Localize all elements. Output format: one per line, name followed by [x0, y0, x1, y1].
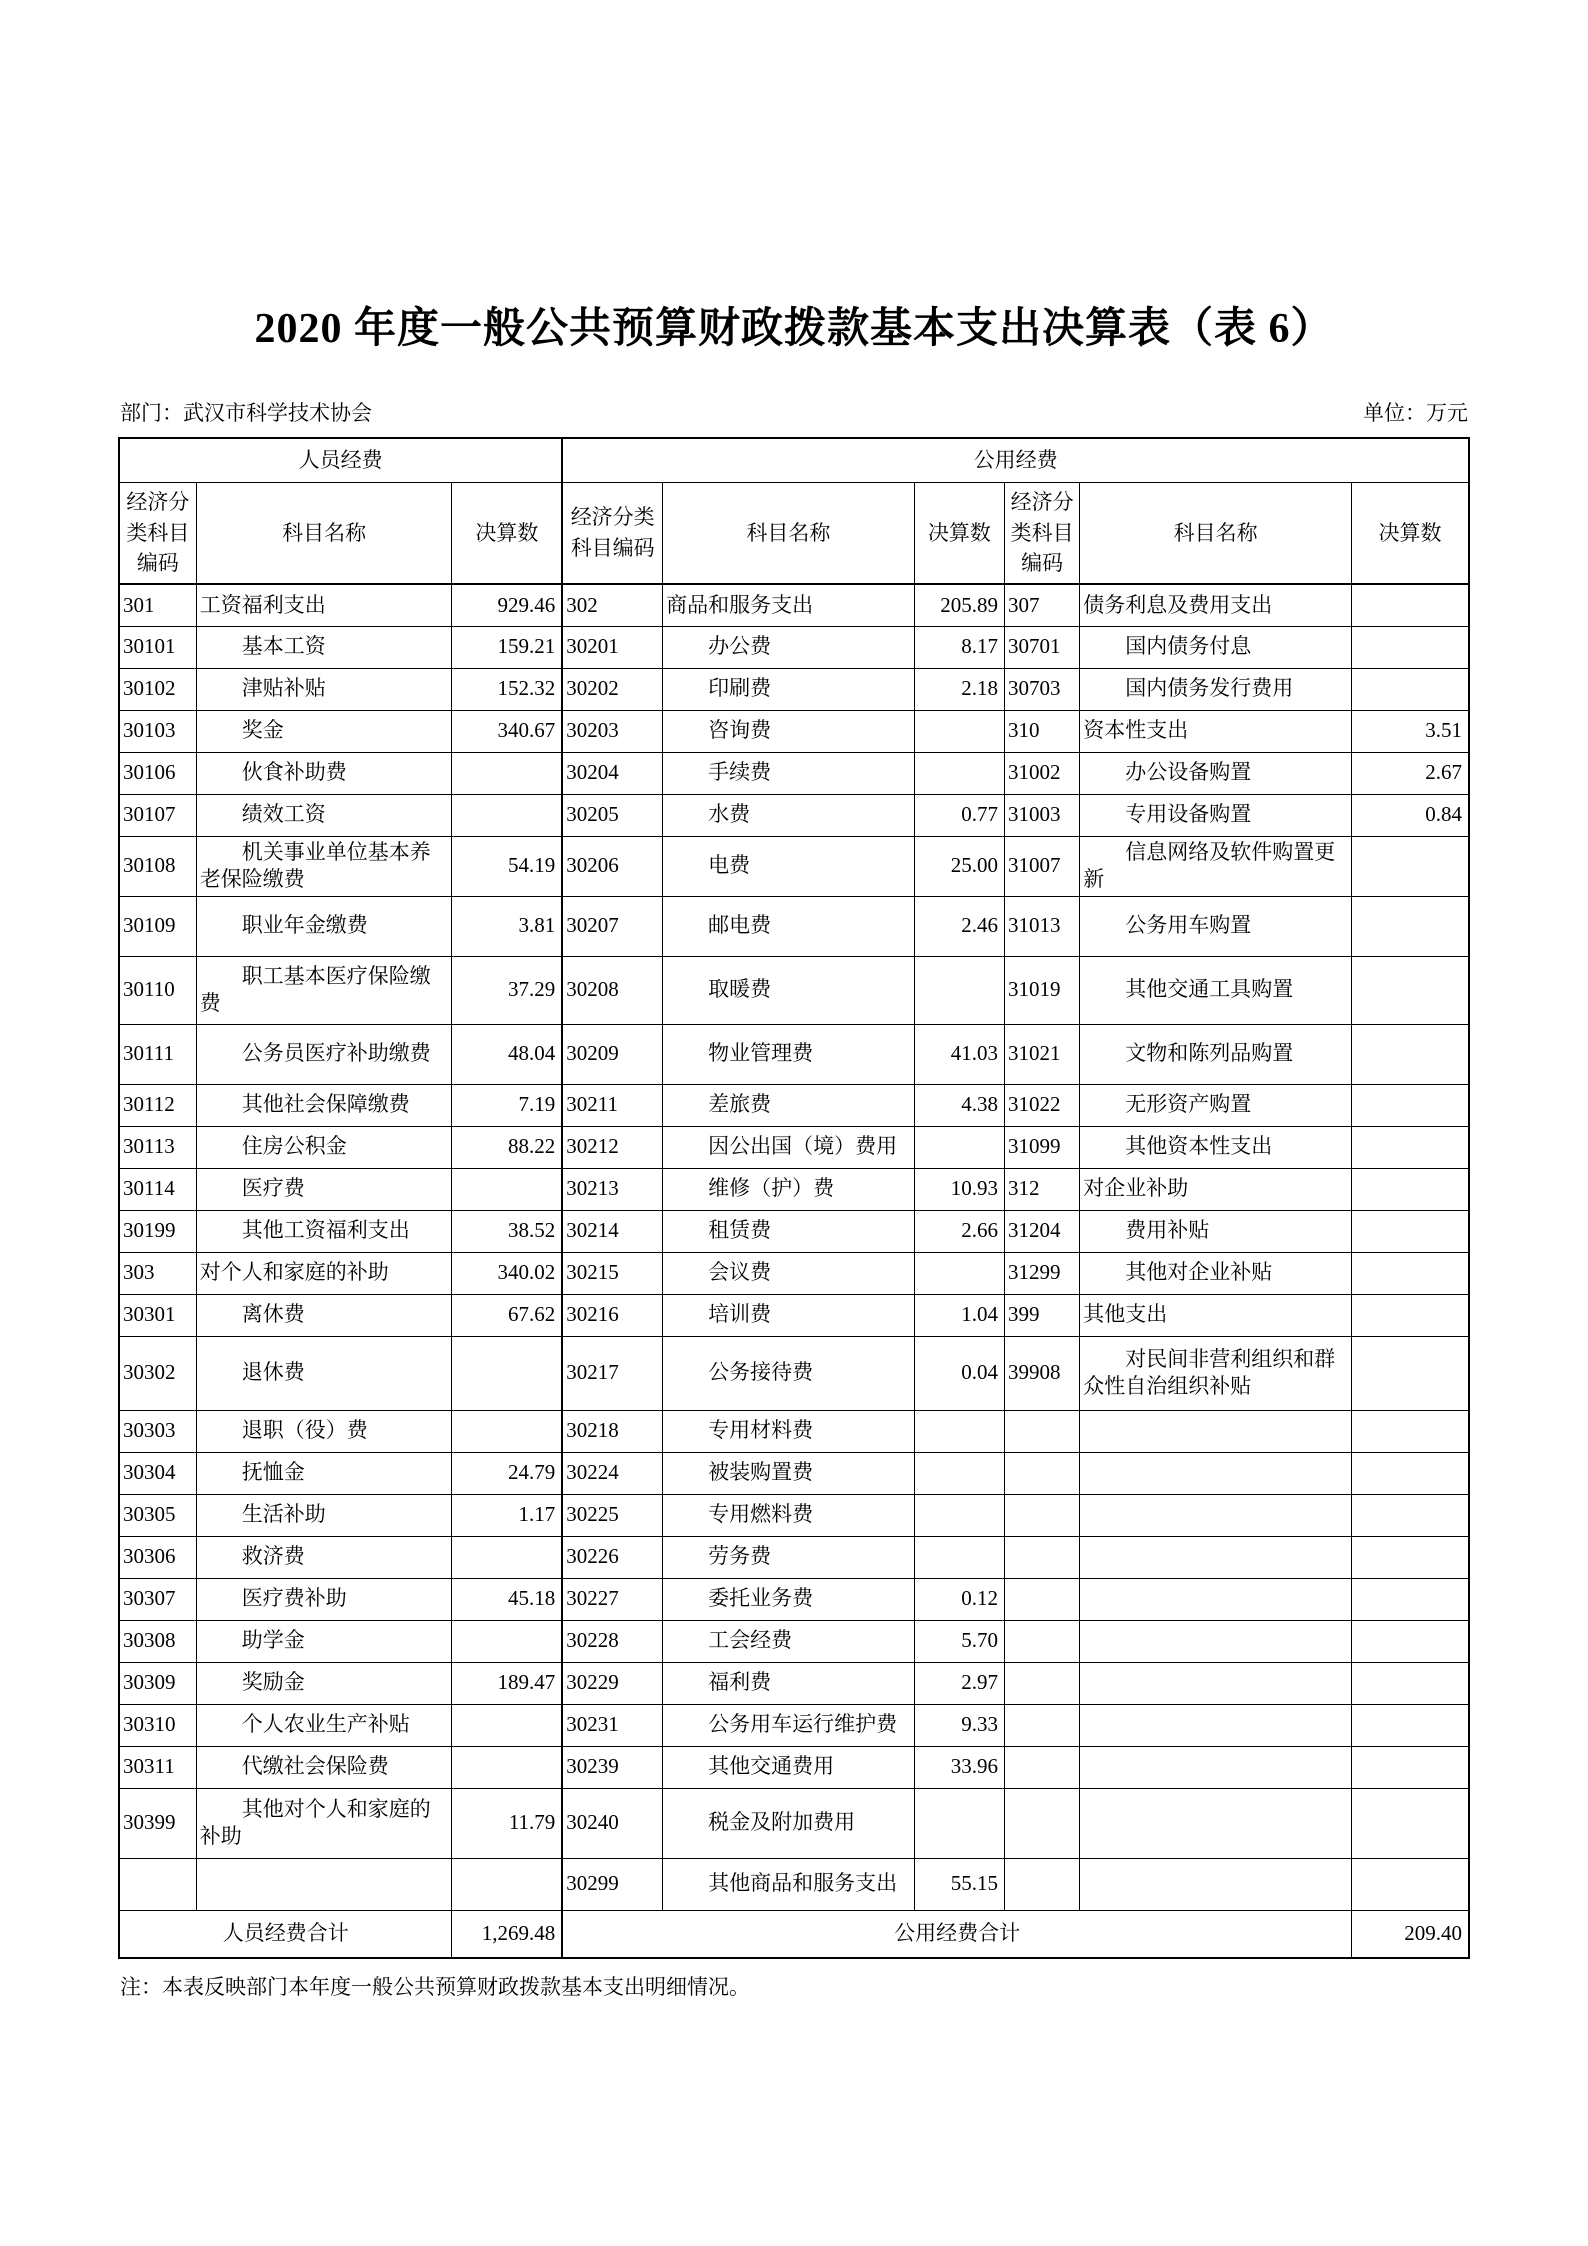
page: 2020 年度一般公共预算财政拨款基本支出决算表（表 6） 部门：武汉市科学技术…: [0, 0, 1588, 2246]
table-row: 30305生活补助1.1730225专用燃料费: [119, 1494, 1469, 1536]
value-cell: 1.17: [452, 1494, 562, 1536]
value-cell: [452, 1168, 562, 1210]
value-cell: [1352, 626, 1469, 668]
column-header: 经济分类科目编码: [119, 482, 196, 584]
subject-name-cell: 抚恤金: [196, 1452, 452, 1494]
value-cell: 10.93: [914, 1168, 1004, 1210]
subject-name-cell: 助学金: [196, 1620, 452, 1662]
table-row: 30301离休费67.6230216培训费1.04399其他支出: [119, 1294, 1469, 1336]
value-cell: 3.51: [1352, 710, 1469, 752]
unit-label: 单位：万元: [1363, 397, 1468, 427]
value-cell: 41.03: [914, 1024, 1004, 1084]
value-cell: [914, 1410, 1004, 1452]
column-header: 决算数: [452, 482, 562, 584]
code-cell: 30225: [562, 1494, 662, 1536]
table-row: 30302退休费30217公务接待费0.0439908对民间非营利组织和群众性自…: [119, 1336, 1469, 1410]
code-cell: 30113: [119, 1126, 196, 1168]
code-cell: 30305: [119, 1494, 196, 1536]
value-cell: 48.04: [452, 1024, 562, 1084]
subject-name-cell: [1080, 1858, 1352, 1910]
subject-name-cell: 邮电费: [663, 896, 915, 956]
subject-name-cell: 租赁费: [663, 1210, 915, 1252]
value-cell: [914, 1126, 1004, 1168]
subject-name-cell: 奖励金: [196, 1662, 452, 1704]
department-label: 部门：武汉市科学技术协会: [120, 397, 372, 427]
value-cell: 2.66: [914, 1210, 1004, 1252]
code-cell: 30106: [119, 752, 196, 794]
value-cell: 54.19: [452, 836, 562, 896]
value-cell: [914, 1788, 1004, 1858]
value-cell: 205.89: [914, 584, 1004, 626]
value-cell: [1352, 1336, 1469, 1410]
code-cell: 30216: [562, 1294, 662, 1336]
column-header: 决算数: [914, 482, 1004, 584]
value-cell: [452, 1858, 562, 1910]
subject-name-cell: 对民间非营利组织和群众性自治组织补贴: [1080, 1336, 1352, 1410]
value-cell: [1352, 584, 1469, 626]
table-row: 30303退职（役）费30218专用材料费: [119, 1410, 1469, 1452]
subject-name-cell: 维修（护）费: [663, 1168, 915, 1210]
value-cell: [1352, 1536, 1469, 1578]
subject-name-cell: 基本工资: [196, 626, 452, 668]
value-cell: 5.70: [914, 1620, 1004, 1662]
code-cell: 30205: [562, 794, 662, 836]
table-row: 30310个人农业生产补贴30231公务用车运行维护费9.33: [119, 1704, 1469, 1746]
table-row: 30110职工基本医疗保险缴费37.2930208取暖费31019其他交通工具购…: [119, 956, 1469, 1024]
subject-name-cell: 无形资产购置: [1080, 1084, 1352, 1126]
subject-name-cell: 工资福利支出: [196, 584, 452, 626]
subject-name-cell: [196, 1858, 452, 1910]
subject-name-cell: 资本性支出: [1080, 710, 1352, 752]
value-cell: [1352, 1578, 1469, 1620]
subject-name-cell: 物业管理费: [663, 1024, 915, 1084]
code-cell: 31003: [1005, 794, 1080, 836]
code-cell: [1005, 1704, 1080, 1746]
subject-name-cell: 信息网络及软件购置更新: [1080, 836, 1352, 896]
code-cell: [1005, 1494, 1080, 1536]
table-row: 30307医疗费补助45.1830227委托业务费0.12: [119, 1578, 1469, 1620]
value-cell: 37.29: [452, 956, 562, 1024]
value-cell: [1352, 1024, 1469, 1084]
code-cell: 30208: [562, 956, 662, 1024]
value-cell: 38.52: [452, 1210, 562, 1252]
code-cell: 31007: [1005, 836, 1080, 896]
code-cell: 302: [562, 584, 662, 626]
code-cell: 30217: [562, 1336, 662, 1410]
subject-name-cell: 电费: [663, 836, 915, 896]
column-header: 科目名称: [663, 482, 915, 584]
subject-name-cell: 公务接待费: [663, 1336, 915, 1410]
code-cell: 30231: [562, 1704, 662, 1746]
code-cell: 30213: [562, 1168, 662, 1210]
subject-name-cell: 办公费: [663, 626, 915, 668]
code-cell: 30114: [119, 1168, 196, 1210]
table-row: 30399其他对个人和家庭的补助11.7930240税金及附加费用: [119, 1788, 1469, 1858]
subject-name-cell: 债务利息及费用支出: [1080, 584, 1352, 626]
subject-name-cell: 职工基本医疗保险缴费: [196, 956, 452, 1024]
code-cell: 30201: [562, 626, 662, 668]
value-cell: [1352, 1168, 1469, 1210]
value-cell: 340.02: [452, 1252, 562, 1294]
table-row: 30306救济费30226劳务费: [119, 1536, 1469, 1578]
table-row: 30311代缴社会保险费30239其他交通费用33.96: [119, 1746, 1469, 1788]
code-cell: 30211: [562, 1084, 662, 1126]
code-cell: 31013: [1005, 896, 1080, 956]
code-cell: 30304: [119, 1452, 196, 1494]
value-cell: 2.67: [1352, 752, 1469, 794]
code-cell: [1005, 1858, 1080, 1910]
code-cell: 312: [1005, 1168, 1080, 1210]
personnel-total-label: 人员经费合计: [119, 1910, 452, 1958]
code-cell: [1005, 1746, 1080, 1788]
code-cell: 31002: [1005, 752, 1080, 794]
subject-name-cell: 水费: [663, 794, 915, 836]
subject-name-cell: 商品和服务支出: [663, 584, 915, 626]
subject-name-cell: 印刷费: [663, 668, 915, 710]
value-cell: 929.46: [452, 584, 562, 626]
code-cell: [1005, 1410, 1080, 1452]
table-row: 30113住房公积金88.2230212因公出国（境）费用31099其他资本性支…: [119, 1126, 1469, 1168]
subject-name-cell: [1080, 1746, 1352, 1788]
table-row: 30107绩效工资30205水费0.7731003专用设备购置0.84: [119, 794, 1469, 836]
code-cell: 30202: [562, 668, 662, 710]
value-cell: [914, 956, 1004, 1024]
code-cell: 30307: [119, 1578, 196, 1620]
value-cell: [1352, 1704, 1469, 1746]
value-cell: 88.22: [452, 1126, 562, 1168]
value-cell: [1352, 956, 1469, 1024]
subject-name-cell: 费用补贴: [1080, 1210, 1352, 1252]
subject-name-cell: 会议费: [663, 1252, 915, 1294]
public-total-label: 公用经费合计: [562, 1910, 1351, 1958]
column-header: 科目名称: [196, 482, 452, 584]
code-cell: 30102: [119, 668, 196, 710]
subject-name-cell: 文物和陈列品购置: [1080, 1024, 1352, 1084]
code-cell: 30303: [119, 1410, 196, 1452]
value-cell: [452, 1704, 562, 1746]
value-cell: 45.18: [452, 1578, 562, 1620]
value-cell: [1352, 1452, 1469, 1494]
subject-name-cell: [1080, 1788, 1352, 1858]
code-cell: 30110: [119, 956, 196, 1024]
code-cell: 30701: [1005, 626, 1080, 668]
code-cell: 30299: [562, 1858, 662, 1910]
table-row: 30114医疗费30213维修（护）费10.93312对企业补助: [119, 1168, 1469, 1210]
subject-name-cell: [1080, 1410, 1352, 1452]
subject-name-cell: 代缴社会保险费: [196, 1746, 452, 1788]
subject-name-cell: 住房公积金: [196, 1126, 452, 1168]
subject-name-cell: [1080, 1662, 1352, 1704]
subject-name-cell: 医疗费补助: [196, 1578, 452, 1620]
code-cell: [1005, 1578, 1080, 1620]
subject-name-cell: 公务用车运行维护费: [663, 1704, 915, 1746]
value-cell: 152.32: [452, 668, 562, 710]
value-cell: 55.15: [914, 1858, 1004, 1910]
code-cell: 399: [1005, 1294, 1080, 1336]
value-cell: 0.77: [914, 794, 1004, 836]
value-cell: 8.17: [914, 626, 1004, 668]
column-header: 经济分类科目编码: [1005, 482, 1080, 584]
code-cell: [1005, 1536, 1080, 1578]
code-cell: 301: [119, 584, 196, 626]
value-cell: [1352, 1252, 1469, 1294]
value-cell: [452, 1746, 562, 1788]
table-row: 30112其他社会保障缴费7.1930211差旅费4.3831022无形资产购置: [119, 1084, 1469, 1126]
subject-name-cell: [1080, 1494, 1352, 1536]
code-cell: 31021: [1005, 1024, 1080, 1084]
subject-name-cell: 其他交通费用: [663, 1746, 915, 1788]
value-cell: 4.38: [914, 1084, 1004, 1126]
value-cell: [914, 1452, 1004, 1494]
value-cell: [1352, 1746, 1469, 1788]
code-cell: 30302: [119, 1336, 196, 1410]
subject-name-cell: 其他商品和服务支出: [663, 1858, 915, 1910]
code-cell: 30101: [119, 626, 196, 668]
code-cell: 30306: [119, 1536, 196, 1578]
code-cell: 30240: [562, 1788, 662, 1858]
code-cell: [1005, 1452, 1080, 1494]
value-cell: 0.04: [914, 1336, 1004, 1410]
value-cell: 1.04: [914, 1294, 1004, 1336]
code-cell: [1005, 1620, 1080, 1662]
table-row: 30308助学金30228工会经费5.70: [119, 1620, 1469, 1662]
subject-name-cell: 因公出国（境）费用: [663, 1126, 915, 1168]
code-cell: 31299: [1005, 1252, 1080, 1294]
table-row: 30108机关事业单位基本养老保险缴费54.1930206电费25.003100…: [119, 836, 1469, 896]
subject-name-cell: 伙食补助费: [196, 752, 452, 794]
value-cell: 0.12: [914, 1578, 1004, 1620]
code-cell: 31099: [1005, 1126, 1080, 1168]
value-cell: [452, 1536, 562, 1578]
subject-name-cell: 福利费: [663, 1662, 915, 1704]
code-cell: 30239: [562, 1746, 662, 1788]
subject-name-cell: 奖金: [196, 710, 452, 752]
table-row: 30101基本工资159.2130201办公费8.1730701国内债务付息: [119, 626, 1469, 668]
value-cell: 9.33: [914, 1704, 1004, 1746]
value-cell: 67.62: [452, 1294, 562, 1336]
personnel-total-value: 1,269.48: [452, 1910, 562, 1958]
value-cell: 7.19: [452, 1084, 562, 1126]
code-cell: 30111: [119, 1024, 196, 1084]
value-cell: [452, 752, 562, 794]
table-row: 30199其他工资福利支出38.5230214租赁费2.6631204费用补贴: [119, 1210, 1469, 1252]
value-cell: [914, 1494, 1004, 1536]
subject-name-cell: 国内债务发行费用: [1080, 668, 1352, 710]
table-row: 30102津贴补贴152.3230202印刷费2.1830703国内债务发行费用: [119, 668, 1469, 710]
subject-name-cell: [1080, 1578, 1352, 1620]
value-cell: 11.79: [452, 1788, 562, 1858]
group-header-public: 公用经费: [562, 438, 1469, 482]
value-cell: 33.96: [914, 1746, 1004, 1788]
column-header: 决算数: [1352, 482, 1469, 584]
subject-name-cell: 专用燃料费: [663, 1494, 915, 1536]
subject-name-cell: 离休费: [196, 1294, 452, 1336]
table-row: 30309奖励金189.4730229福利费2.97: [119, 1662, 1469, 1704]
subject-name-cell: 办公设备购置: [1080, 752, 1352, 794]
code-cell: 30108: [119, 836, 196, 896]
totals-row: 人员经费合计 1,269.48 公用经费合计 209.40: [119, 1910, 1469, 1958]
code-cell: 30215: [562, 1252, 662, 1294]
value-cell: [914, 710, 1004, 752]
group-header-row: 人员经费 公用经费: [119, 438, 1469, 482]
code-cell: 31019: [1005, 956, 1080, 1024]
subject-name-cell: 劳务费: [663, 1536, 915, 1578]
value-cell: 2.18: [914, 668, 1004, 710]
value-cell: [1352, 1788, 1469, 1858]
subject-name-cell: 咨询费: [663, 710, 915, 752]
code-cell: 30204: [562, 752, 662, 794]
value-cell: 340.67: [452, 710, 562, 752]
value-cell: 2.46: [914, 896, 1004, 956]
value-cell: 159.21: [452, 626, 562, 668]
subject-name-cell: 津贴补贴: [196, 668, 452, 710]
code-cell: 30399: [119, 1788, 196, 1858]
value-cell: 25.00: [914, 836, 1004, 896]
meta-row: 部门：武汉市科学技术协会 单位：万元: [118, 397, 1470, 427]
subject-name-cell: 被装购置费: [663, 1452, 915, 1494]
subject-name-cell: 生活补助: [196, 1494, 452, 1536]
subject-name-cell: 其他资本性支出: [1080, 1126, 1352, 1168]
code-cell: [1005, 1788, 1080, 1858]
value-cell: [452, 794, 562, 836]
subject-name-cell: 救济费: [196, 1536, 452, 1578]
subject-name-cell: 委托业务费: [663, 1578, 915, 1620]
code-cell: 30199: [119, 1210, 196, 1252]
value-cell: [1352, 1858, 1469, 1910]
subject-name-cell: 退休费: [196, 1336, 452, 1410]
column-header-row: 经济分类科目编码科目名称决算数经济分类科目编码科目名称决算数经济分类科目编码科目…: [119, 482, 1469, 584]
subject-name-cell: 培训费: [663, 1294, 915, 1336]
table-row: 30103奖金340.6730203咨询费310资本性支出3.51: [119, 710, 1469, 752]
code-cell: 30218: [562, 1410, 662, 1452]
subject-name-cell: [1080, 1452, 1352, 1494]
group-header-personnel: 人员经费: [119, 438, 562, 482]
subject-name-cell: 公务用车购置: [1080, 896, 1352, 956]
subject-name-cell: 医疗费: [196, 1168, 452, 1210]
value-cell: [914, 752, 1004, 794]
code-cell: 30309: [119, 1662, 196, 1704]
code-cell: 30107: [119, 794, 196, 836]
subject-name-cell: 取暖费: [663, 956, 915, 1024]
code-cell: 30311: [119, 1746, 196, 1788]
code-cell: 30229: [562, 1662, 662, 1704]
value-cell: [1352, 1620, 1469, 1662]
subject-name-cell: 差旅费: [663, 1084, 915, 1126]
subject-name-cell: 职业年金缴费: [196, 896, 452, 956]
code-cell: 30227: [562, 1578, 662, 1620]
code-cell: 303: [119, 1252, 196, 1294]
code-cell: [119, 1858, 196, 1910]
value-cell: [452, 1410, 562, 1452]
value-cell: [914, 1252, 1004, 1294]
table-row: 30299其他商品和服务支出55.15: [119, 1858, 1469, 1910]
subject-name-cell: 其他交通工具购置: [1080, 956, 1352, 1024]
subject-name-cell: 税金及附加费用: [663, 1788, 915, 1858]
subject-name-cell: 对企业补助: [1080, 1168, 1352, 1210]
code-cell: 307: [1005, 584, 1080, 626]
value-cell: [452, 1620, 562, 1662]
subject-name-cell: 公务员医疗补助缴费: [196, 1024, 452, 1084]
column-header: 科目名称: [1080, 482, 1352, 584]
code-cell: 31204: [1005, 1210, 1080, 1252]
value-cell: [1352, 1494, 1469, 1536]
code-cell: 30206: [562, 836, 662, 896]
table-row: 303对个人和家庭的补助340.0230215会议费31299其他对企业补贴: [119, 1252, 1469, 1294]
budget-table: 人员经费 公用经费 经济分类科目编码科目名称决算数经济分类科目编码科目名称决算数…: [118, 437, 1470, 1959]
subject-name-cell: 工会经费: [663, 1620, 915, 1662]
subject-name-cell: [1080, 1536, 1352, 1578]
code-cell: 39908: [1005, 1336, 1080, 1410]
code-cell: 30203: [562, 710, 662, 752]
code-cell: 30214: [562, 1210, 662, 1252]
subject-name-cell: 专用材料费: [663, 1410, 915, 1452]
code-cell: 30703: [1005, 668, 1080, 710]
value-cell: [1352, 1662, 1469, 1704]
value-cell: 24.79: [452, 1452, 562, 1494]
value-cell: [1352, 1126, 1469, 1168]
table-row: 301工资福利支出929.46302商品和服务支出205.89307债务利息及费…: [119, 584, 1469, 626]
value-cell: [1352, 1084, 1469, 1126]
value-cell: [1352, 1294, 1469, 1336]
subject-name-cell: 个人农业生产补贴: [196, 1704, 452, 1746]
value-cell: [1352, 836, 1469, 896]
code-cell: 30207: [562, 896, 662, 956]
value-cell: [1352, 1410, 1469, 1452]
code-cell: [1005, 1662, 1080, 1704]
subject-name-cell: 对个人和家庭的补助: [196, 1252, 452, 1294]
subject-name-cell: 退职（役）费: [196, 1410, 452, 1452]
subject-name-cell: 手续费: [663, 752, 915, 794]
value-cell: [914, 1536, 1004, 1578]
code-cell: 30226: [562, 1536, 662, 1578]
value-cell: 2.97: [914, 1662, 1004, 1704]
code-cell: 31022: [1005, 1084, 1080, 1126]
table-row: 30106伙食补助费30204手续费31002办公设备购置2.67: [119, 752, 1469, 794]
table-note: 注：本表反映部门本年度一般公共预算财政拨款基本支出明细情况。: [118, 1971, 1470, 2001]
value-cell: [1352, 896, 1469, 956]
code-cell: 30310: [119, 1704, 196, 1746]
subject-name-cell: 其他对企业补贴: [1080, 1252, 1352, 1294]
value-cell: 3.81: [452, 896, 562, 956]
page-title: 2020 年度一般公共预算财政拨款基本支出决算表（表 6）: [118, 295, 1470, 355]
value-cell: 0.84: [1352, 794, 1469, 836]
table-row: 30111公务员医疗补助缴费48.0430209物业管理费41.0331021文…: [119, 1024, 1469, 1084]
subject-name-cell: [1080, 1704, 1352, 1746]
subject-name-cell: 机关事业单位基本养老保险缴费: [196, 836, 452, 896]
subject-name-cell: 绩效工资: [196, 794, 452, 836]
subject-name-cell: 其他支出: [1080, 1294, 1352, 1336]
value-cell: [452, 1336, 562, 1410]
code-cell: 30224: [562, 1452, 662, 1494]
table-row: 30304抚恤金24.7930224被装购置费: [119, 1452, 1469, 1494]
value-cell: [1352, 668, 1469, 710]
code-cell: 310: [1005, 710, 1080, 752]
code-cell: 30112: [119, 1084, 196, 1126]
value-cell: [1352, 1210, 1469, 1252]
code-cell: 30103: [119, 710, 196, 752]
subject-name-cell: 其他社会保障缴费: [196, 1084, 452, 1126]
subject-name-cell: 其他对个人和家庭的补助: [196, 1788, 452, 1858]
subject-name-cell: 专用设备购置: [1080, 794, 1352, 836]
public-total-value: 209.40: [1352, 1910, 1469, 1958]
subject-name-cell: [1080, 1620, 1352, 1662]
subject-name-cell: 其他工资福利支出: [196, 1210, 452, 1252]
code-cell: 30212: [562, 1126, 662, 1168]
code-cell: 30209: [562, 1024, 662, 1084]
code-cell: 30301: [119, 1294, 196, 1336]
code-cell: 30228: [562, 1620, 662, 1662]
column-header: 经济分类科目编码: [562, 482, 662, 584]
